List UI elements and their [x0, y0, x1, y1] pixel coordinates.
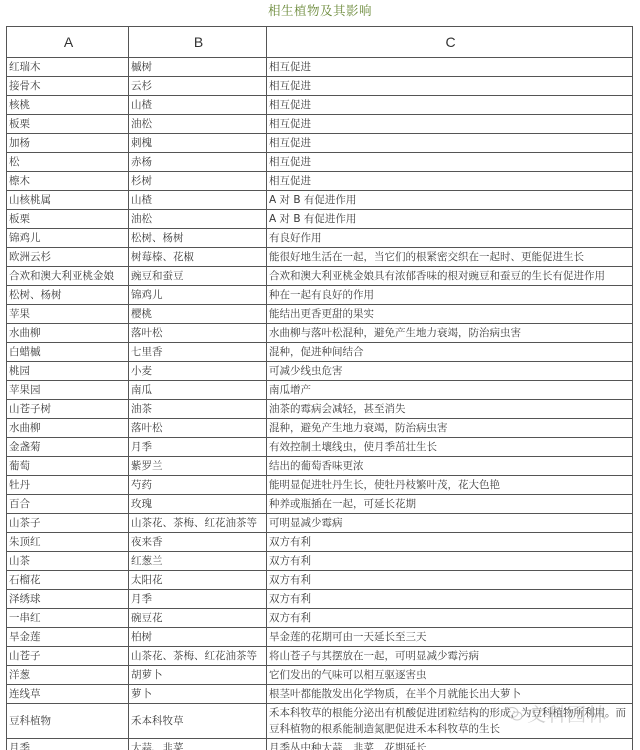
cell-b: 月季: [129, 590, 267, 609]
cell-b: 禾本科牧草: [129, 704, 267, 739]
table-row: 松赤杨相互促进: [7, 153, 633, 172]
table-row: 锦鸡儿松树、杨树有良好作用: [7, 229, 633, 248]
companion-plants-table: A B C 红瑞木槭树相互促进 接骨木云杉相互促进 核桃山楂相互促进 板栗油松相…: [6, 26, 633, 750]
cell-a: 旱金莲: [7, 628, 129, 647]
cell-a: 连线草: [7, 685, 129, 704]
cell-b: 紫罗兰: [129, 457, 267, 476]
cell-b: 樱桃: [129, 305, 267, 324]
cell-b: 落叶松: [129, 419, 267, 438]
cell-c: 禾本科牧草的根能分泌出有机酸促进团粒结构的形成，为豆科植物所利用。而豆科植物的根…: [267, 704, 633, 739]
table-row: 葡萄紫罗兰结出的葡萄香味更浓: [7, 457, 633, 476]
cell-c: 月季丛中种大蒜，韭菜，花期延长: [267, 739, 633, 750]
cell-c: 有效控制土壤线虫，使月季茁壮生长: [267, 438, 633, 457]
cell-c: 可明显减少霉病: [267, 514, 633, 533]
cell-b: 七里香: [129, 343, 267, 362]
cell-c: 能结出更香更甜的果实: [267, 305, 633, 324]
cell-c: 混种，促进种间结合: [267, 343, 633, 362]
cell-c: 能很好地生活在一起，当它们的根紧密交织在一起时、更能促进生长: [267, 248, 633, 267]
table-row: 合欢和澳大利亚桃金娘豌豆和蚕豆合欢和澳大利亚桃金娘具有浓郁香味的根对豌豆和蚕豆的…: [7, 267, 633, 286]
document-title: 相生植物及其影响: [0, 3, 640, 19]
cell-c: 水曲柳与落叶松混种，避免产生地力衰竭，防治病虫害: [267, 324, 633, 343]
cell-a: 核桃: [7, 96, 129, 115]
cell-c: 双方有利: [267, 590, 633, 609]
cell-c: 双方有利: [267, 571, 633, 590]
cell-a: 檫木: [7, 172, 129, 191]
cell-a: 百合: [7, 495, 129, 514]
cell-a: 松: [7, 153, 129, 172]
table-row: 连线草萝卜根茎叶都能散发出化学物质，在半个月就能长出大萝卜: [7, 685, 633, 704]
cell-c: 相互促进: [267, 58, 633, 77]
table-row: 山核桃属山楂A 对 B 有促进作用: [7, 191, 633, 210]
cell-a: 山核桃属: [7, 191, 129, 210]
table-row: 核桃山楂相互促进: [7, 96, 633, 115]
cell-a: 洋葱: [7, 666, 129, 685]
cell-b: 刺槐: [129, 134, 267, 153]
cell-b: 槭树: [129, 58, 267, 77]
cell-c: A 对 B 有促进作用: [267, 191, 633, 210]
table-row: 山苍子树油茶油茶的霉病会减轻，甚至消失: [7, 400, 633, 419]
cell-c: 相互促进: [267, 115, 633, 134]
cell-a: 山茶: [7, 552, 129, 571]
cell-a: 苹果园: [7, 381, 129, 400]
cell-a: 合欢和澳大利亚桃金娘: [7, 267, 129, 286]
cell-c: 旱金莲的花期可由一天延长至三天: [267, 628, 633, 647]
table-row: 百合玫瑰种养或瓶插在一起，可延长花期: [7, 495, 633, 514]
cell-c: 相互促进: [267, 77, 633, 96]
cell-a: 水曲柳: [7, 324, 129, 343]
table-row: 檫木杉树相互促进: [7, 172, 633, 191]
cell-c: 它们发出的气味可以相互驱逐害虫: [267, 666, 633, 685]
cell-a: 牡丹: [7, 476, 129, 495]
cell-c: 双方有利: [267, 533, 633, 552]
cell-b: 赤杨: [129, 153, 267, 172]
table-row: 水曲柳落叶松混种，避免产生地力衰竭，防治病虫害: [7, 419, 633, 438]
cell-b: 山楂: [129, 191, 267, 210]
column-header-c: C: [267, 27, 633, 58]
cell-c: 能明显促进牡丹生长，使牡丹枝繁叶茂，花大色艳: [267, 476, 633, 495]
cell-a: 接骨木: [7, 77, 129, 96]
cell-b: 胡萝卜: [129, 666, 267, 685]
cell-b: 油松: [129, 210, 267, 229]
cell-a: 红瑞木: [7, 58, 129, 77]
cell-c: 种在一起有良好的作用: [267, 286, 633, 305]
table-row: 欧洲云杉树莓榛、花椒能很好地生活在一起，当它们的根紧密交织在一起时、更能促进生长: [7, 248, 633, 267]
cell-b: 油松: [129, 115, 267, 134]
cell-b: 柏树: [129, 628, 267, 647]
cell-c: 相互促进: [267, 134, 633, 153]
cell-b: 松树、杨树: [129, 229, 267, 248]
cell-b: 山楂: [129, 96, 267, 115]
table-row: 接骨木云杉相互促进: [7, 77, 633, 96]
cell-a: 板栗: [7, 210, 129, 229]
cell-a: 白蜡槭: [7, 343, 129, 362]
column-header-a: A: [7, 27, 129, 58]
cell-b: 太阳花: [129, 571, 267, 590]
table-row: 山茶红葱兰双方有利: [7, 552, 633, 571]
cell-a: 葡萄: [7, 457, 129, 476]
cell-b: 夜来香: [129, 533, 267, 552]
cell-b: 萝卜: [129, 685, 267, 704]
table-row: 板栗油松相互促进: [7, 115, 633, 134]
cell-a: 水曲柳: [7, 419, 129, 438]
cell-c: 将山苍子与其摆放在一起，可明显减少霉污病: [267, 647, 633, 666]
cell-a: 山苍子: [7, 647, 129, 666]
table-row: 红瑞木槭树相互促进: [7, 58, 633, 77]
table-row: 朱顶红夜来香双方有利: [7, 533, 633, 552]
cell-c: 相互促进: [267, 153, 633, 172]
cell-c: 相互促进: [267, 172, 633, 191]
cell-a: 朱顶红: [7, 533, 129, 552]
table-row: 板栗油松A 对 B 有促进作用: [7, 210, 633, 229]
cell-b: 月季: [129, 438, 267, 457]
cell-b: 芍药: [129, 476, 267, 495]
cell-a: 豆科植物: [7, 704, 129, 739]
cell-c: 结出的葡萄香味更浓: [267, 457, 633, 476]
cell-b: 杉树: [129, 172, 267, 191]
cell-a: 山苍子树: [7, 400, 129, 419]
cell-b: 油茶: [129, 400, 267, 419]
cell-c: A 对 B 有促进作用: [267, 210, 633, 229]
cell-c: 南瓜增产: [267, 381, 633, 400]
table-row: 苹果樱桃能结出更香更甜的果实: [7, 305, 633, 324]
table-row: 加杨刺槐相互促进: [7, 134, 633, 153]
table-row: 牡丹芍药能明显促进牡丹生长，使牡丹枝繁叶茂，花大色艳: [7, 476, 633, 495]
cell-b: 小麦: [129, 362, 267, 381]
cell-b: 锦鸡儿: [129, 286, 267, 305]
cell-a: 月季: [7, 739, 129, 750]
cell-b: 碗豆花: [129, 609, 267, 628]
table-row: 一串红碗豆花双方有利: [7, 609, 633, 628]
table-row: 松树、杨树锦鸡儿种在一起有良好的作用: [7, 286, 633, 305]
table-row: 水曲柳落叶松水曲柳与落叶松混种，避免产生地力衰竭，防治病虫害: [7, 324, 633, 343]
table-row: 苹果园南瓜南瓜增产: [7, 381, 633, 400]
cell-b: 豌豆和蚕豆: [129, 267, 267, 286]
cell-b: 落叶松: [129, 324, 267, 343]
cell-c: 油茶的霉病会减轻，甚至消失: [267, 400, 633, 419]
table-row: 旱金莲柏树旱金莲的花期可由一天延长至三天: [7, 628, 633, 647]
table-row: 月季大蒜、韭菜月季丛中种大蒜，韭菜，花期延长: [7, 739, 633, 750]
cell-c: 种养或瓶插在一起，可延长花期: [267, 495, 633, 514]
cell-a: 加杨: [7, 134, 129, 153]
cell-b: 云杉: [129, 77, 267, 96]
cell-a: 山茶子: [7, 514, 129, 533]
table-row: 石榴花太阳花双方有利: [7, 571, 633, 590]
table-row: 豆科植物禾本科牧草禾本科牧草的根能分泌出有机酸促进团粒结构的形成，为豆科植物所利…: [7, 704, 633, 739]
cell-a: 欧洲云杉: [7, 248, 129, 267]
cell-b: 玫瑰: [129, 495, 267, 514]
cell-b: 山茶花、茶梅、红花油茶等: [129, 647, 267, 666]
cell-b: 大蒜、韭菜: [129, 739, 267, 750]
cell-b: 山茶花、茶梅、红花油茶等: [129, 514, 267, 533]
table-row: 洋葱胡萝卜它们发出的气味可以相互驱逐害虫: [7, 666, 633, 685]
table-row: 白蜡槭七里香混种，促进种间结合: [7, 343, 633, 362]
cell-a: 锦鸡儿: [7, 229, 129, 248]
cell-a: 一串红: [7, 609, 129, 628]
cell-c: 根茎叶都能散发出化学物质，在半个月就能长出大萝卜: [267, 685, 633, 704]
cell-a: 桃园: [7, 362, 129, 381]
table-row: 泽绣球月季双方有利: [7, 590, 633, 609]
cell-c: 合欢和澳大利亚桃金娘具有浓郁香味的根对豌豆和蚕豆的生长有促进作用: [267, 267, 633, 286]
header-row: A B C: [7, 27, 633, 58]
cell-a: 松树、杨树: [7, 286, 129, 305]
table-row: 山苍子山茶花、茶梅、红花油茶等将山苍子与其摆放在一起，可明显减少霉污病: [7, 647, 633, 666]
cell-c: 双方有利: [267, 609, 633, 628]
table-row: 金盏菊月季有效控制土壤线虫，使月季茁壮生长: [7, 438, 633, 457]
cell-c: 双方有利: [267, 552, 633, 571]
cell-a: 苹果: [7, 305, 129, 324]
cell-c: 相互促进: [267, 96, 633, 115]
cell-b: 红葱兰: [129, 552, 267, 571]
cell-a: 板栗: [7, 115, 129, 134]
table-row: 桃园小麦可减少线虫危害: [7, 362, 633, 381]
cell-c: 有良好作用: [267, 229, 633, 248]
cell-a: 石榴花: [7, 571, 129, 590]
cell-a: 金盏菊: [7, 438, 129, 457]
table-row: 山茶子山茶花、茶梅、红花油茶等可明显减少霉病: [7, 514, 633, 533]
cell-c: 可减少线虫危害: [267, 362, 633, 381]
cell-b: 南瓜: [129, 381, 267, 400]
cell-a: 泽绣球: [7, 590, 129, 609]
column-header-b: B: [129, 27, 267, 58]
cell-c: 混种，避免产生地力衰竭，防治病虫害: [267, 419, 633, 438]
cell-b: 树莓榛、花椒: [129, 248, 267, 267]
